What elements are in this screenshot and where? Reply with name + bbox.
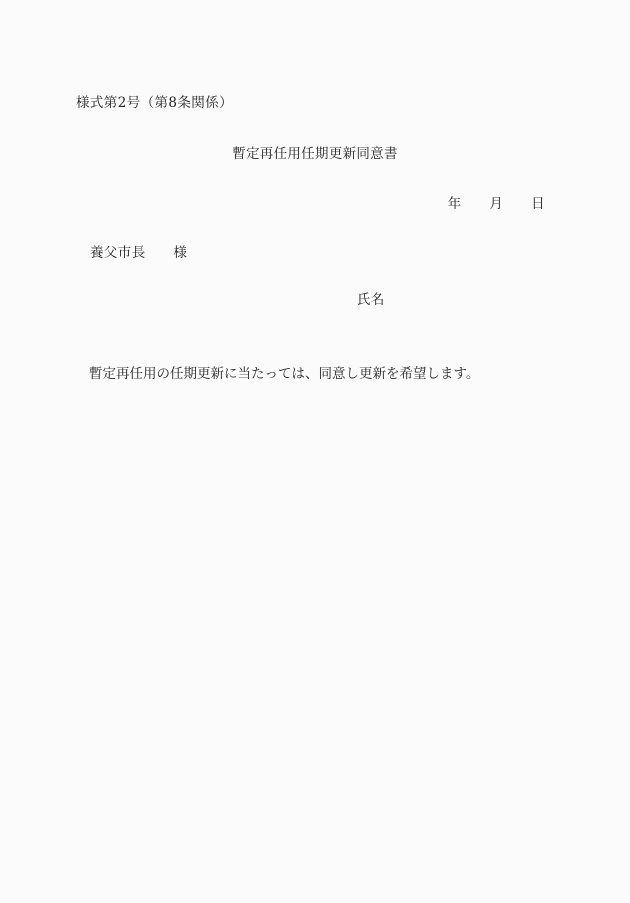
addressee-line: 養父市長 様 <box>90 246 187 262</box>
name-label: 氏名 <box>357 293 385 309</box>
document-title: 暫定再任用任期更新同意書 <box>0 147 630 163</box>
document-page: 様式第2号（第8条関係） 暫定再任用任期更新同意書 年 月 日 養父市長 様 氏… <box>0 0 630 903</box>
form-number: 様式第2号（第8条関係） <box>76 96 233 112</box>
body-text: 暫定再任用の任期更新に当たっては、同意し更新を希望します。 <box>89 367 559 383</box>
date-line: 年 月 日 <box>448 197 545 213</box>
